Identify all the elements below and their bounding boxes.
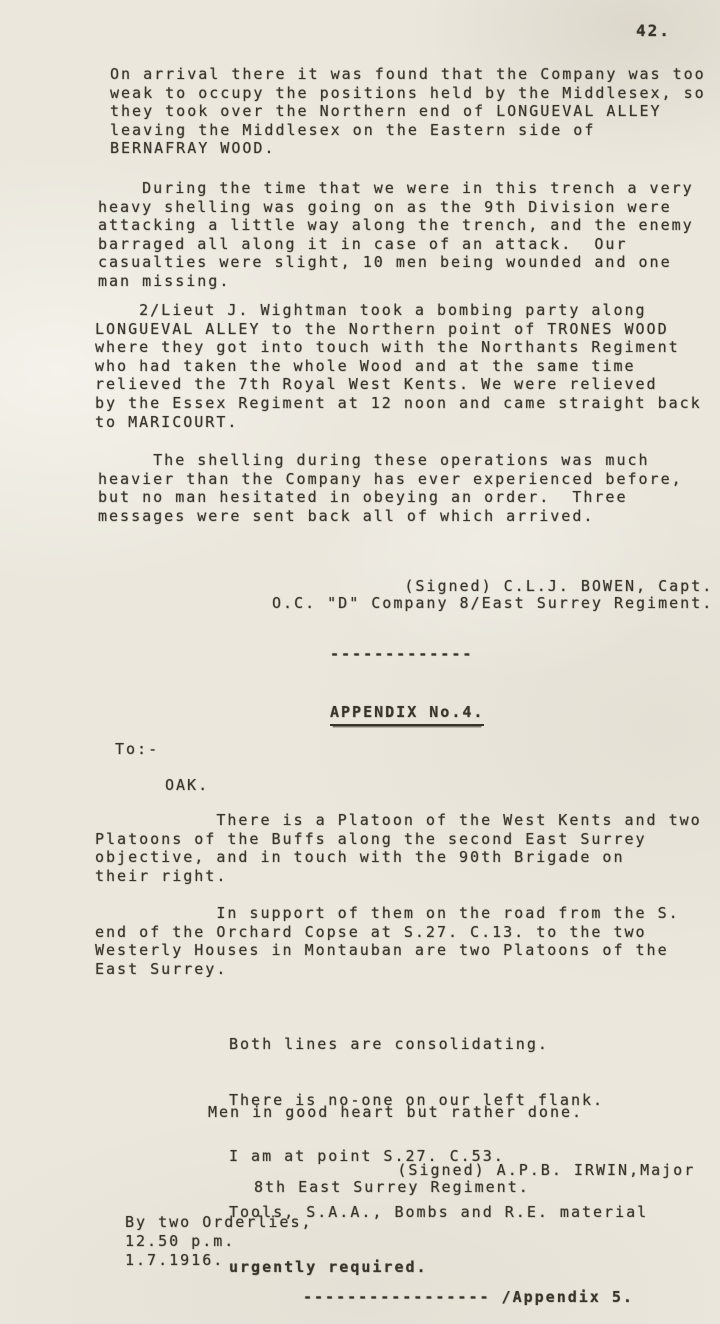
addressee-oak: OAK. (165, 776, 209, 795)
appendix-paragraph-support: In support of them on the road from the … (95, 904, 680, 978)
appendix-paragraph-platoons: There is a Platoon of the West Kents and… (95, 811, 702, 885)
morale-line: Men in good heart but rather done. (208, 1103, 583, 1122)
report-paragraph-bombing-party: 2/Lieut J. Wightman took a bombing party… (95, 301, 702, 431)
report-paragraph-shelling: During the time that we were in this tre… (98, 179, 694, 291)
status-line: Both lines are consolidating. (229, 1035, 648, 1054)
dashed-separator: ------------- (330, 645, 473, 664)
signature-bowen: (Signed) C.L.J. BOWEN, Capt. O.C. "D" Co… (272, 578, 713, 611)
to-label: To:- (115, 740, 159, 759)
document-page: 42. On arrival there it was found that t… (0, 0, 720, 1324)
appendix-heading: APPENDIX No.4. (330, 703, 484, 726)
dispatch-footer: By two Orderlies, 12.50 p.m. 1.7.1916. (125, 1213, 313, 1270)
report-paragraph-arrival: On arrival there it was found that the C… (110, 65, 706, 158)
page-number: 42. (636, 22, 671, 41)
next-appendix-separator: ----------------- /Appendix 5. (303, 1288, 634, 1307)
signature-irwin: (Signed) A.P.B. IRWIN,Major 8th East Sur… (254, 1162, 695, 1196)
report-paragraph-messages: The shelling during these operations was… (98, 451, 683, 525)
